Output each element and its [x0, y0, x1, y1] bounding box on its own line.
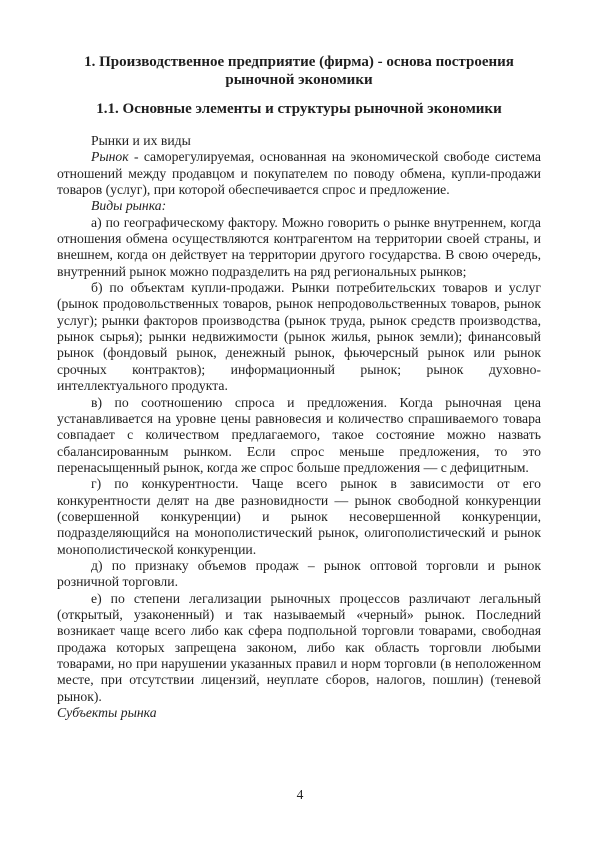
paragraph-item-e-legalization: е) по степени легализации рыночных проце…: [57, 591, 541, 705]
paragraph-item-d-sales-volume: д) по признаку объемов продаж – рынок оп…: [57, 558, 541, 591]
document-page: 1. Производственное предприятие (фирма) …: [0, 0, 600, 849]
paragraph-market-subjects-heading: Субъекты рынка: [57, 705, 541, 721]
section-heading: 1.1. Основные элементы и структуры рыноч…: [57, 100, 541, 118]
term-market: Рынок: [91, 149, 129, 164]
chapter-title: 1. Производственное предприятие (фирма) …: [57, 53, 541, 89]
paragraph-item-g-competition: г) по конкурентности. Чаще всего рынок в…: [57, 476, 541, 558]
paragraph-markets-and-types: Рынки и их виды: [57, 133, 541, 149]
page-number: 4: [0, 787, 600, 803]
paragraph-item-a-geographic: а) по географическому фактору. Можно гов…: [57, 215, 541, 280]
paragraph-item-b-objects: б) по объектам купли-продажи. Рынки потр…: [57, 280, 541, 394]
paragraph-item-v-supply-demand: в) по соотношению спроса и предложения. …: [57, 395, 541, 477]
body-text: Рынки и их виды Рынок - саморегулируемая…: [57, 133, 541, 721]
paragraph-market-definition: Рынок - саморегулируемая, основанная на …: [57, 149, 541, 198]
market-definition-text: - саморегулируемая, основанная на эконом…: [57, 149, 541, 197]
paragraph-market-kinds-heading: Виды рынка:: [57, 198, 541, 214]
